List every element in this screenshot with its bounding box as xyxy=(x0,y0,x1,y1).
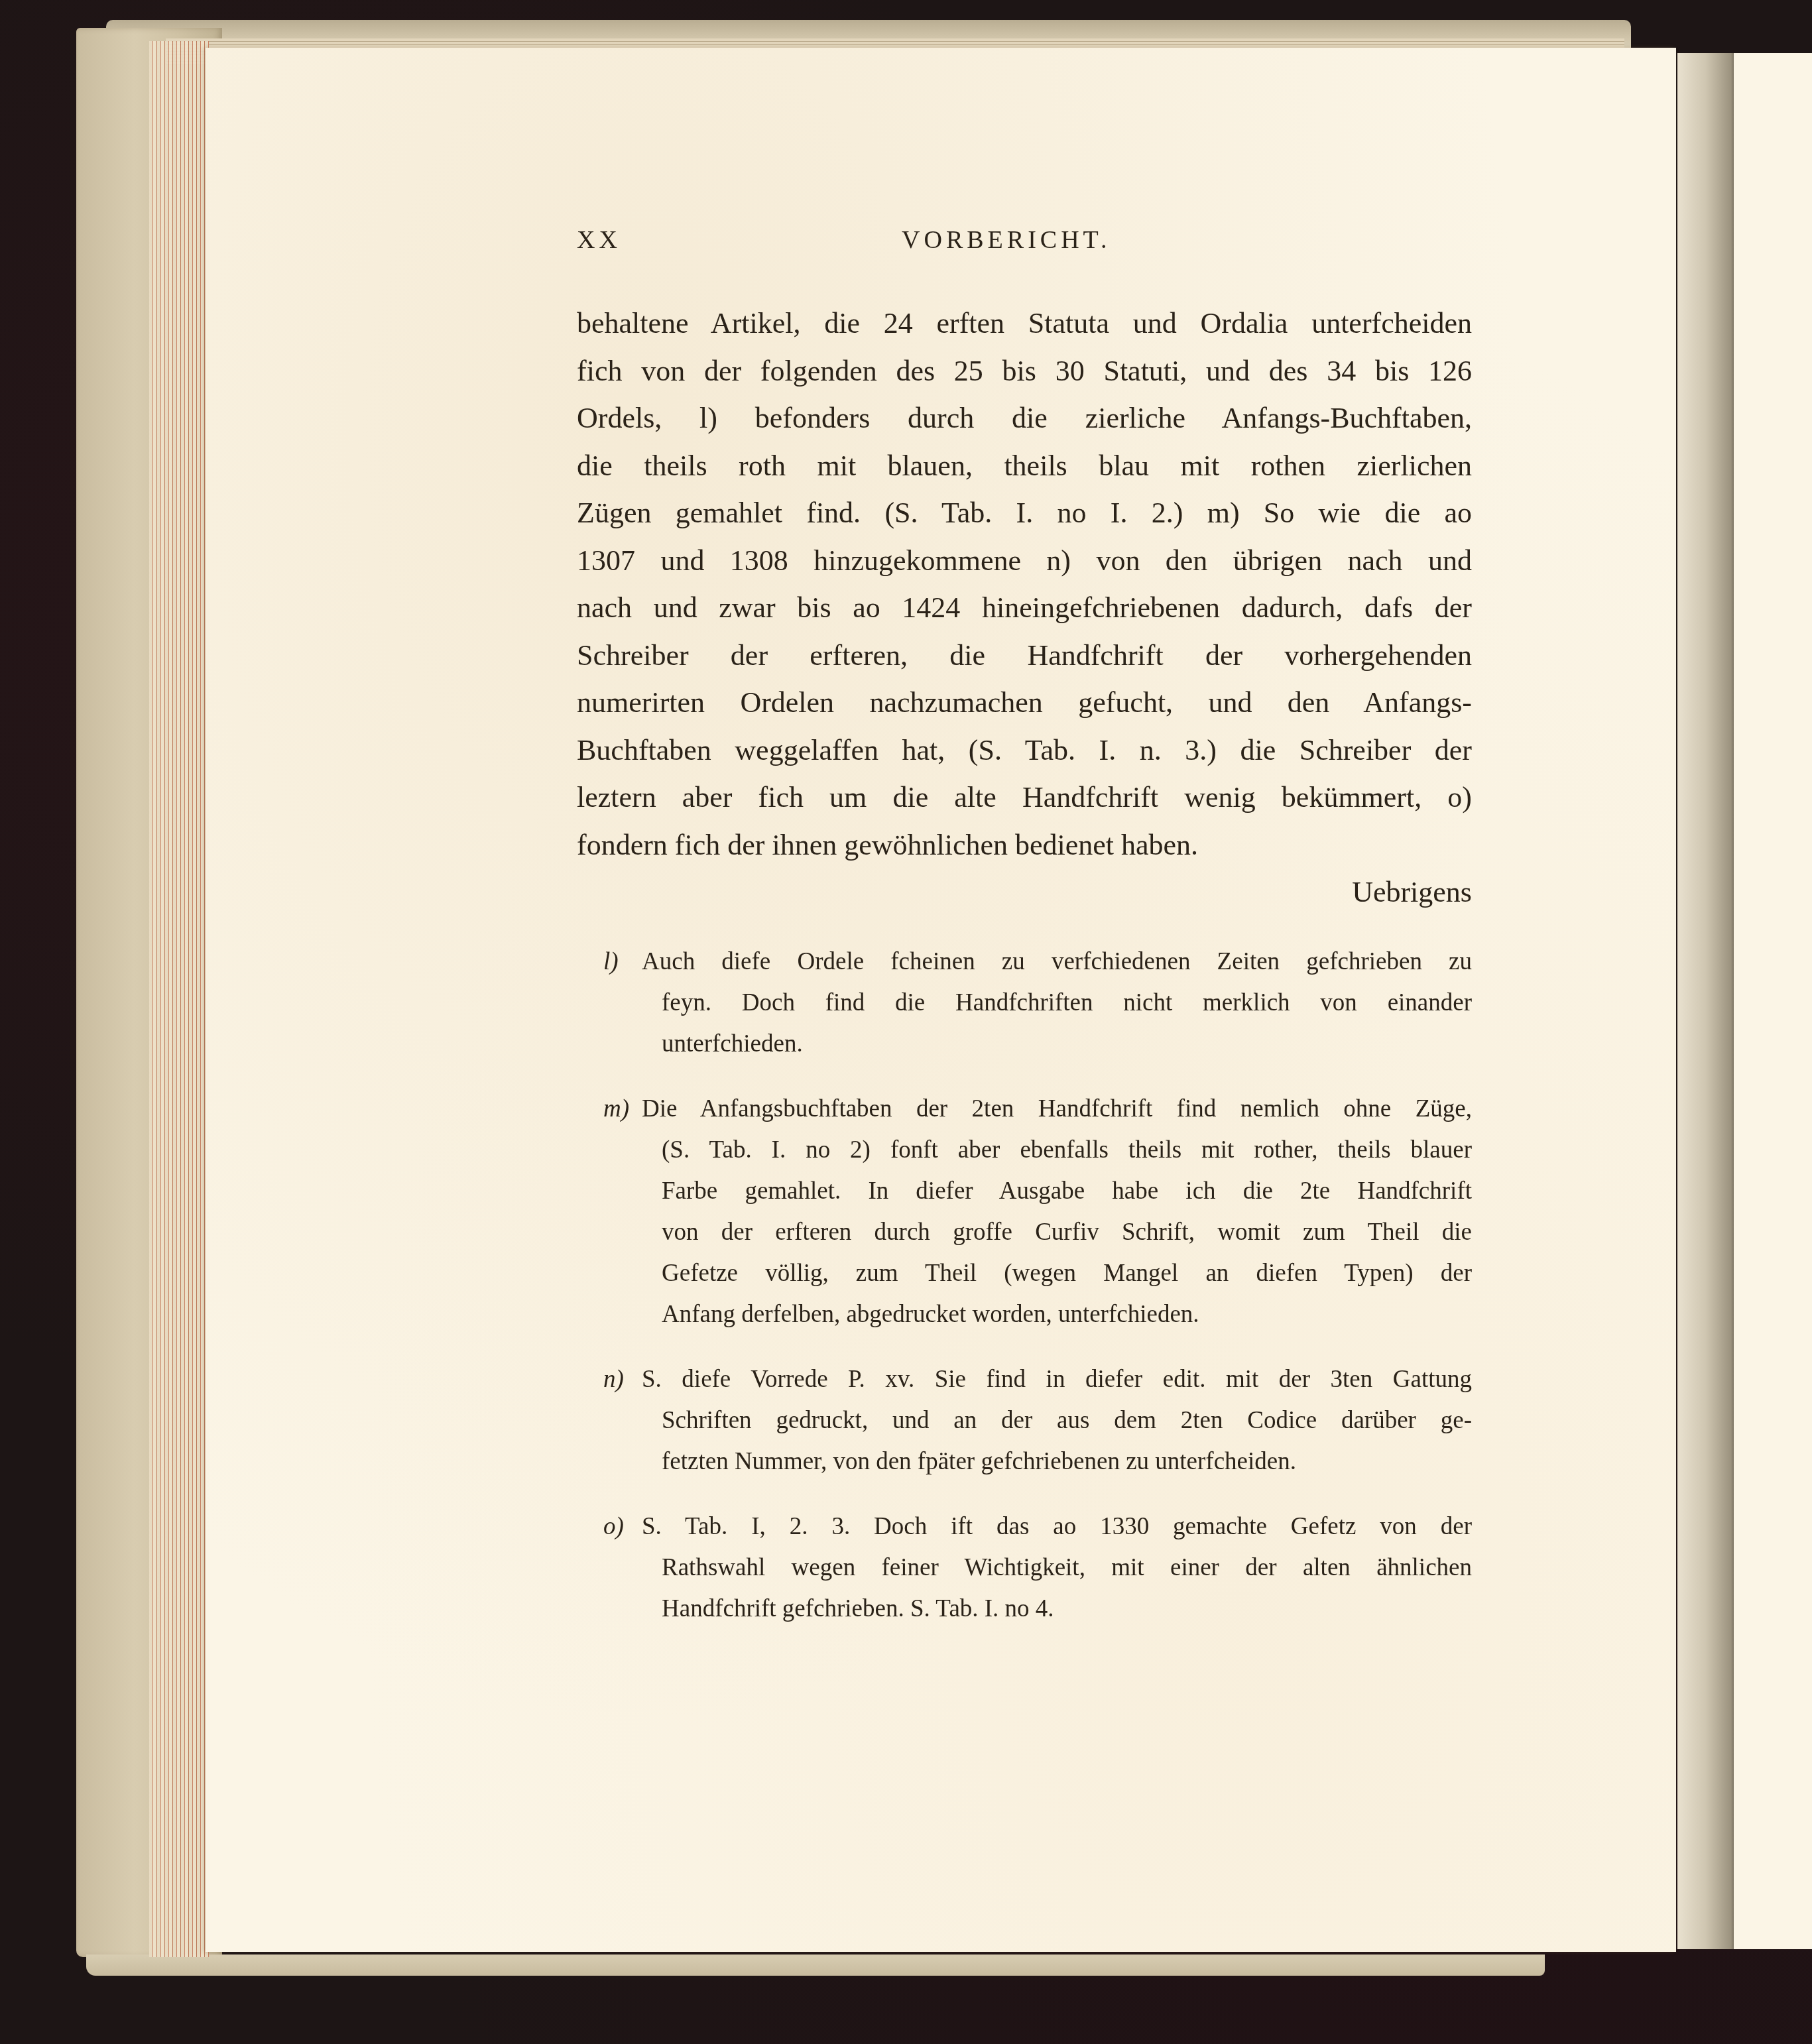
footnote-marker: m) xyxy=(603,1089,629,1130)
footnote-marker: o) xyxy=(603,1506,624,1547)
body-line: behaltene Artikel, die 24 erften Statuta… xyxy=(577,300,1472,347)
footnote-line: Auch diefe Ordele fcheinen zu verfchiede… xyxy=(577,941,1472,983)
footnote-marker: l) xyxy=(603,941,619,983)
footnotes: l) Auch diefe Ordele fcheinen zu verfchi… xyxy=(577,941,1472,1630)
body-line: 1307 und 1308 hinzugekommene n) von den … xyxy=(577,537,1472,585)
footnote-l: l) Auch diefe Ordele fcheinen zu verfchi… xyxy=(577,941,1472,1065)
body-line: leztern aber fich um die alte Handfchrif… xyxy=(577,774,1472,821)
footnote-line: feyn. Doch find die Handfchriften nicht … xyxy=(577,983,1472,1024)
body-text: behaltene Artikel, die 24 erften Statuta… xyxy=(577,300,1472,869)
footnote-line: Gefetze völlig, zum Theil (wegen Mangel … xyxy=(577,1253,1472,1294)
body-line: fondern fich der ihnen gewöhnlichen bedi… xyxy=(577,821,1472,869)
footnote-line: (S. Tab. I. no 2) fonft aber ebenfalls t… xyxy=(577,1130,1472,1171)
footnote-o: o) S. Tab. I, 2. 3. Doch ift das ao 1330… xyxy=(577,1506,1472,1630)
footnote-line: Handfchrift gefchrieben. S. Tab. I. no 4… xyxy=(577,1589,1472,1630)
body-line: Schreiber der erfteren, die Handfchrift … xyxy=(577,632,1472,680)
footnote-line: Rathswahl wegen feiner Wichtigkeit, mit … xyxy=(577,1547,1472,1589)
side-page-edges xyxy=(149,41,209,1957)
footnote-line: Anfang derfelben, abgedrucket worden, un… xyxy=(577,1294,1472,1335)
footnote-line: von der erfteren durch groffe Curfiv Sch… xyxy=(577,1212,1472,1253)
footnote-line: Schriften gedruckt, und an der aus dem 2… xyxy=(577,1400,1472,1441)
body-line: Ordels, l) befonders durch die zierliche… xyxy=(577,394,1472,442)
body-line: Zügen gemahlet find. (S. Tab. I. no I. 2… xyxy=(577,489,1472,537)
next-page-edge xyxy=(1734,53,1812,1949)
running-title: VORBERICHT. xyxy=(902,225,1111,255)
footnote-line: Die Anfangsbuchftaben der 2ten Handfchri… xyxy=(577,1089,1472,1130)
catchword: Uebrigens xyxy=(577,875,1472,923)
body-line: die theils roth mit blauen, theils blau … xyxy=(577,442,1472,490)
body-line: Buchftaben weggelaffen hat, (S. Tab. I. … xyxy=(577,727,1472,774)
footnote-marker: n) xyxy=(603,1359,624,1400)
body-line: fich von der folgenden des 25 bis 30 Sta… xyxy=(577,347,1472,395)
footnote-line: S. Tab. I, 2. 3. Doch ift das ao 1330 ge… xyxy=(577,1506,1472,1547)
bottom-cover-edge xyxy=(86,1954,1545,1976)
footnote-line: Farbe gemahlet. In diefer Ausgabe habe i… xyxy=(577,1171,1472,1212)
footnote-n: n) S. diefe Vorrede P. xv. Sie find in d… xyxy=(577,1359,1472,1482)
footnote-line: fetzten Nummer, von den fpäter gefchrieb… xyxy=(577,1441,1472,1482)
running-head: XX VORBERICHT. xyxy=(577,225,1472,265)
body-line: numerirten Ordelen nachzumachen gefucht,… xyxy=(577,679,1472,727)
footnote-line: unterfchieden. xyxy=(577,1024,1472,1065)
body-line: nach und zwar bis ao 1424 hineingefchrie… xyxy=(577,584,1472,632)
page-number: XX xyxy=(577,225,621,255)
page-text: XX VORBERICHT. behaltene Artikel, die 24… xyxy=(577,225,1472,1653)
footnote-line: S. diefe Vorrede P. xv. Sie find in dief… xyxy=(577,1359,1472,1400)
gutter-shadow xyxy=(1677,53,1734,1949)
footnote-m: m) Die Anfangsbuchftaben der 2ten Handfc… xyxy=(577,1089,1472,1335)
